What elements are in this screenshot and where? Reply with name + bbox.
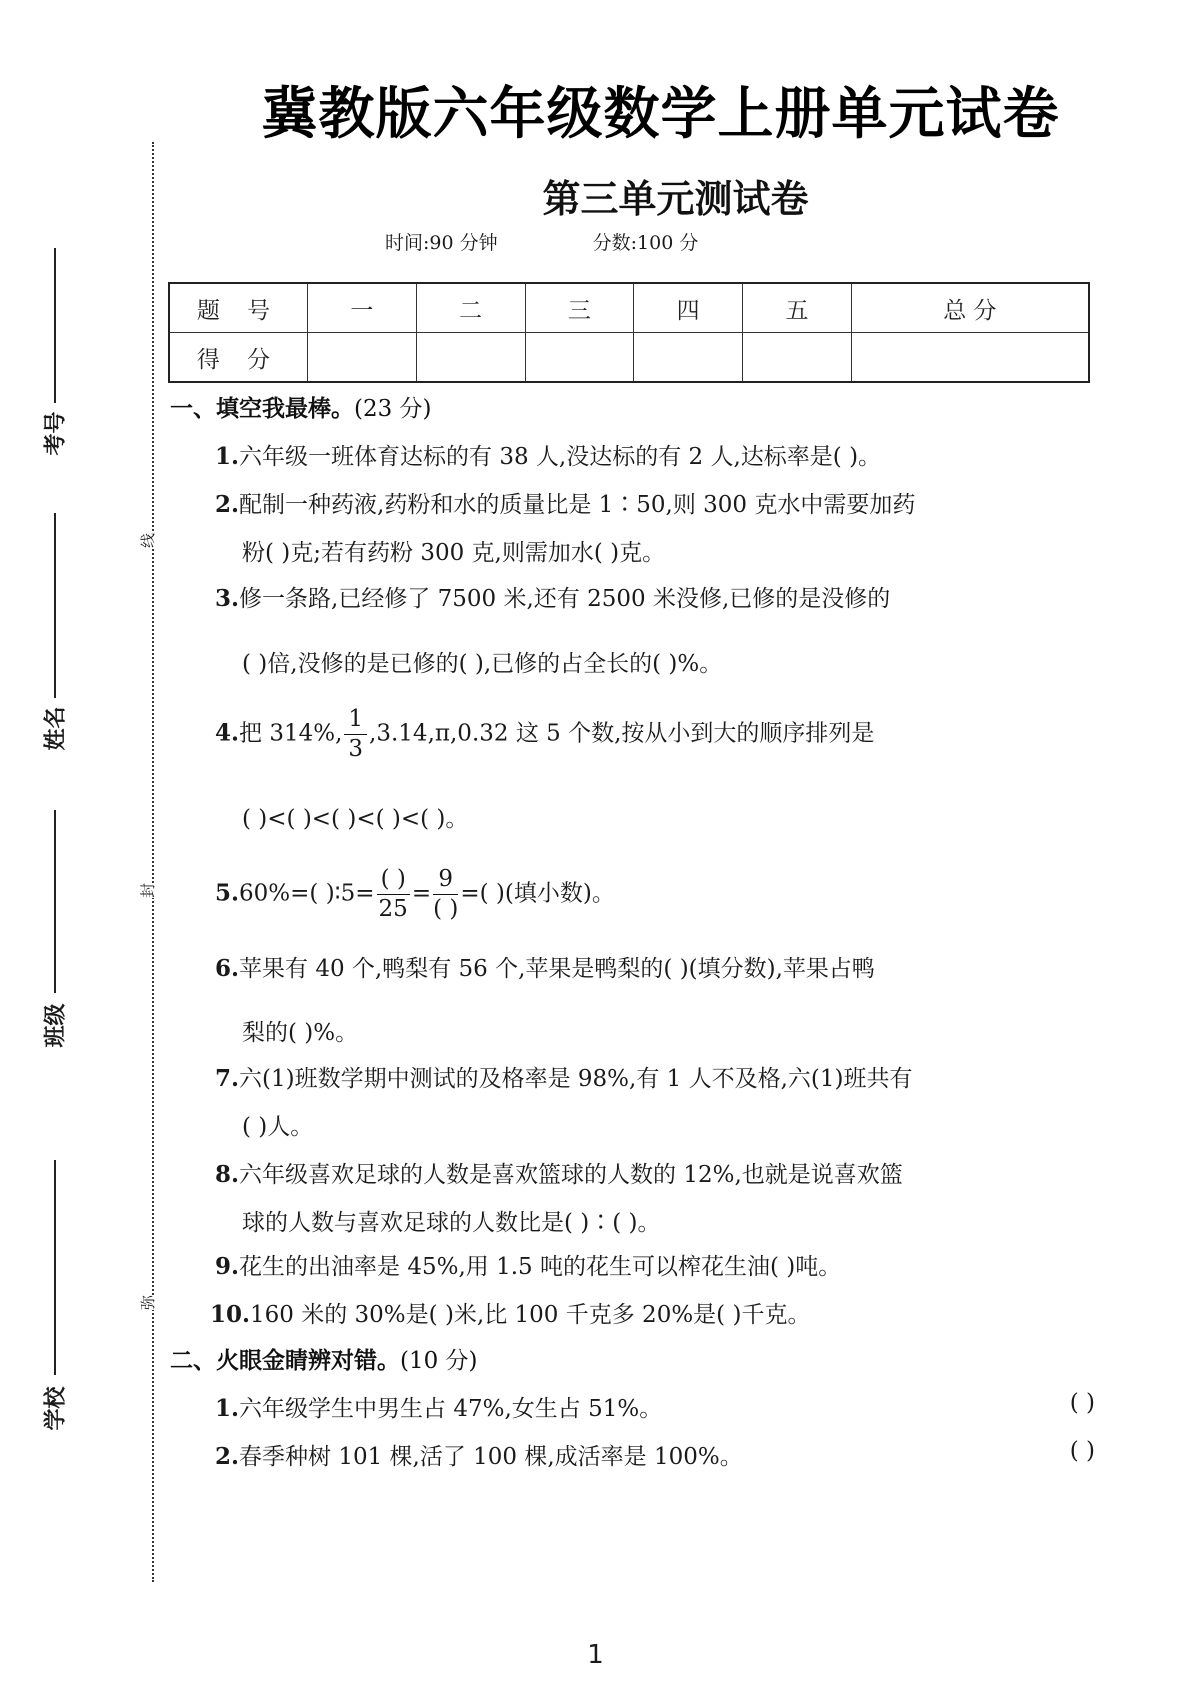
score-row-label: 得 分 bbox=[169, 333, 308, 383]
question-2-line-2: 粉( )克;若有药粉 300 克,则需加水( )克。 bbox=[242, 534, 665, 567]
section-1-heading: 一、填空我最棒。(23 分) bbox=[170, 390, 432, 423]
question-2: 2.配制一种药液,药粉和水的质量比是 1∶50,则 300 克水中需要加药 bbox=[215, 486, 915, 519]
score-cell-2[interactable] bbox=[416, 333, 525, 383]
score-table-header-row: 题 号 一 二 三 四 五 总 分 bbox=[169, 283, 1089, 333]
section-2-points: (10 分) bbox=[400, 1348, 478, 1374]
question-8: 8.六年级喜欢足球的人数是喜欢篮球的人数的 12%,也就是说喜欢篮 bbox=[215, 1156, 903, 1189]
header-cell-2: 二 bbox=[416, 283, 525, 333]
score-cell-total[interactable] bbox=[851, 333, 1089, 383]
judge-question-2: 2.春季种树 101 棵,活了 100 棵,成活率是 100%。( ) bbox=[215, 1438, 1095, 1471]
binding-mark-line: 线 bbox=[137, 533, 158, 548]
binding-mark-seal: 封 bbox=[137, 883, 158, 898]
score-table-score-row: 得 分 bbox=[169, 333, 1089, 383]
header-cell-4: 四 bbox=[634, 283, 743, 333]
page-number: 1 bbox=[0, 1640, 1191, 1670]
score-table: 题 号 一 二 三 四 五 总 分 得 分 bbox=[168, 282, 1090, 383]
question-3: 3.修一条路,已经修了 7500 米,还有 2500 米没修,已修的是没修的 bbox=[215, 580, 890, 613]
field-name-line[interactable] bbox=[54, 513, 56, 698]
question-3-line-2: ( )倍,没修的是已修的( ),已修的占全长的( )%。 bbox=[242, 645, 722, 678]
question-8-line-2: 球的人数与喜欢足球的人数比是( )∶( )。 bbox=[242, 1204, 661, 1237]
fraction-blank-over-25: ( )25 bbox=[377, 868, 410, 921]
question-6-line-2: 梨的( )%。 bbox=[242, 1014, 358, 1047]
exam-score: 分数:100 分 bbox=[593, 228, 699, 255]
judge-answer-1[interactable]: ( ) bbox=[1070, 1390, 1095, 1416]
header-cell-1: 一 bbox=[308, 283, 417, 333]
section-1-points: (23 分) bbox=[354, 396, 432, 422]
header-cell-total: 总 分 bbox=[851, 283, 1089, 333]
header-cell-question-no: 题 号 bbox=[169, 283, 308, 333]
question-4-line-2: ( )<( )<( )<( )<( )。 bbox=[242, 800, 468, 833]
header-cell-3: 三 bbox=[525, 283, 634, 333]
section-2-heading: 二、火眼金睛辨对错。(10 分) bbox=[170, 1342, 478, 1375]
field-school-line[interactable] bbox=[54, 1160, 56, 1375]
fraction-one-third: 13 bbox=[344, 708, 367, 761]
binding-mark-mi: 弥 bbox=[137, 1295, 158, 1310]
exam-meta: 时间:90 分钟分数:100 分 bbox=[385, 228, 698, 255]
question-6: 6.苹果有 40 个,鸭梨有 56 个,苹果是鸭梨的( )(填分数),苹果占鸭 bbox=[215, 950, 875, 983]
fraction-9-over-blank: 9( ) bbox=[433, 868, 458, 921]
field-label-class: 班级 bbox=[39, 996, 70, 1056]
question-1: 1.六年级一班体育达标的有 38 人,没达标的有 2 人,达标率是( )。 bbox=[215, 438, 881, 471]
field-label-school: 学校 bbox=[39, 1379, 70, 1439]
judge-answer-2[interactable]: ( ) bbox=[1070, 1438, 1095, 1464]
field-label-name: 姓名 bbox=[39, 699, 70, 759]
binding-dotted-line bbox=[152, 142, 154, 1582]
field-exam-number-line[interactable] bbox=[54, 248, 56, 403]
section-1-title: 一、填空我最棒。 bbox=[170, 396, 354, 422]
field-class-line[interactable] bbox=[54, 810, 56, 993]
sub-title: 第三单元测试卷 bbox=[0, 168, 1191, 223]
score-cell-5[interactable] bbox=[743, 333, 852, 383]
main-title: 冀教版六年级数学上册单元试卷 bbox=[0, 70, 1191, 150]
section-2-title: 二、火眼金睛辨对错。 bbox=[170, 1348, 400, 1374]
question-5: 5.60%=( )∶5=( )25=9( )=( )(填小数)。 bbox=[215, 868, 615, 921]
question-7-line-2: ( )人。 bbox=[242, 1108, 313, 1141]
score-cell-1[interactable] bbox=[308, 333, 417, 383]
judge-question-1: 1.六年级学生中男生占 47%,女生占 51%。( ) bbox=[215, 1390, 1095, 1423]
field-label-exam-number: 考号 bbox=[39, 404, 70, 464]
exam-time: 时间:90 分钟 bbox=[385, 228, 498, 255]
score-cell-4[interactable] bbox=[634, 333, 743, 383]
header-cell-5: 五 bbox=[743, 283, 852, 333]
question-7: 7.六(1)班数学期中测试的及格率是 98%,有 1 人不及格,六(1)班共有 bbox=[215, 1060, 912, 1093]
question-4: 4.把 314%,13,3.14,π,0.32 这 5 个数,按从小到大的顺序排… bbox=[215, 708, 874, 761]
score-cell-3[interactable] bbox=[525, 333, 634, 383]
question-9: 9.花生的出油率是 45%,用 1.5 吨的花生可以榨花生油( )吨。 bbox=[215, 1248, 841, 1281]
question-10: 10.160 米的 30%是( )米,比 100 千克多 20%是( )千克。 bbox=[210, 1296, 810, 1329]
